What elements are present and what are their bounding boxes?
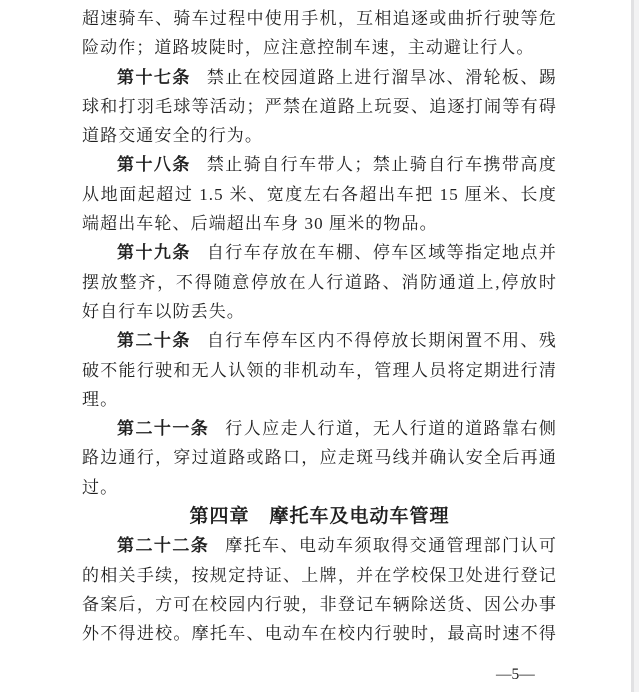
article-number: 第十九条 xyxy=(117,243,191,262)
document-body: 超速骑车、骑车过程中使用手机，互相追逐或曲折行驶等危险动作；道路坡陡时，应注意控… xyxy=(82,4,557,649)
line-text: 险动作；道路坡陡时，应注意控制车速，主动避让行人。 xyxy=(82,38,535,57)
line-text: 超速骑车、骑车过程中使用手机，互相追逐或曲折行驶等危 xyxy=(82,9,557,28)
line-text: 道路交通安全的行为。 xyxy=(82,126,263,145)
text-line: 第十七条禁止在校园道路上进行溜旱冰、滑轮板、踢 xyxy=(82,63,557,92)
text-line: 过。 xyxy=(82,473,557,502)
text-line: 第二十二条摩托车、电动车须取得交通管理部门认可 xyxy=(82,531,557,560)
chapter-heading: 第四章 摩托车及电动车管理 xyxy=(82,502,557,531)
line-text: 路边通行，穿过道路或路口，应走斑马线并确认安全后再通 xyxy=(82,448,557,467)
line-text: 行人应走人行道，无人行道的道路靠右侧 xyxy=(225,419,557,438)
article-number: 第二十条 xyxy=(117,331,191,350)
line-text: 自行车存放在车棚、停车区域等指定地点并 xyxy=(207,243,557,262)
line-text: 理。 xyxy=(82,390,118,409)
text-line: 端超出车轮、后端超出车身 30 厘米的物品。 xyxy=(82,209,557,238)
line-text: 好自行车以防丢失。 xyxy=(82,302,245,321)
line-text: 自行车停车区内不得停放长期闲置不用、残 xyxy=(207,331,557,350)
line-text: 端超出车轮、后端超出车身 30 厘米的物品。 xyxy=(82,214,438,233)
text-line: 路边通行，穿过道路或路口，应走斑马线并确认安全后再通 xyxy=(82,443,557,472)
text-line: 第十九条自行车存放在车棚、停车区域等指定地点并 xyxy=(82,238,557,267)
text-line: 从地面起超过 1.5 米、宽度左右各超出车把 15 厘米、长度前 xyxy=(82,180,557,209)
text-line: 的相关手续，按规定持证、上牌，并在学校保卫处进行登记 xyxy=(82,561,557,590)
text-line: 理。 xyxy=(82,385,557,414)
text-line: 破不能行驶和无人认领的非机动车，管理人员将定期进行清 xyxy=(82,356,557,385)
article-number: 第二十二条 xyxy=(117,536,209,555)
line-text: 的相关手续，按规定持证、上牌，并在学校保卫处进行登记 xyxy=(82,566,557,585)
page-number: —5— xyxy=(496,666,535,684)
page-right-edge xyxy=(631,0,639,692)
text-line: 球和打羽毛球等活动；严禁在道路上玩耍、追逐打闹等有碍 xyxy=(82,92,557,121)
line-text: 禁止骑自行车带人；禁止骑自行车携带高度 xyxy=(207,155,557,174)
text-line: 超速骑车、骑车过程中使用手机，互相追逐或曲折行驶等危 xyxy=(82,4,557,33)
article-number: 第十七条 xyxy=(117,68,191,87)
line-text: 备案后，方可在校园内行驶，非登记车辆除送货、因公办事 xyxy=(82,595,557,614)
document-page: 超速骑车、骑车过程中使用手机，互相追逐或曲折行驶等危险动作；道路坡陡时，应注意控… xyxy=(0,0,639,692)
line-text: 球和打羽毛球等活动；严禁在道路上玩耍、追逐打闹等有碍 xyxy=(82,97,557,116)
text-line: 第二十一条行人应走人行道，无人行道的道路靠右侧 xyxy=(82,414,557,443)
text-line: 摆放整齐，不得随意停放在人行道路、消防通道上,停放时锁 xyxy=(82,268,557,297)
line-text: 破不能行驶和无人认领的非机动车，管理人员将定期进行清 xyxy=(82,361,557,380)
text-line: 险动作；道路坡陡时，应注意控制车速，主动避让行人。 xyxy=(82,33,557,62)
line-text: 禁止在校园道路上进行溜旱冰、滑轮板、踢 xyxy=(207,68,557,87)
line-text: 摆放整齐，不得随意停放在人行道路、消防通道上,停放时锁 xyxy=(82,273,557,297)
text-line: 外不得进校。摩托车、电动车在校内行驶时，最高时速不得 xyxy=(82,619,557,648)
text-line: 备案后，方可在校园内行驶，非登记车辆除送货、因公办事 xyxy=(82,590,557,619)
line-text: 从地面起超过 1.5 米、宽度左右各超出车把 15 厘米、长度前 xyxy=(82,185,557,209)
article-number: 第二十一条 xyxy=(117,419,209,438)
text-line: 好自行车以防丢失。 xyxy=(82,297,557,326)
line-text: 外不得进校。摩托车、电动车在校内行驶时，最高时速不得 xyxy=(82,624,557,643)
line-text: 第四章 摩托车及电动车管理 xyxy=(189,506,449,527)
line-text: 摩托车、电动车须取得交通管理部门认可 xyxy=(225,536,557,555)
article-number: 第十八条 xyxy=(117,155,191,174)
text-line: 道路交通安全的行为。 xyxy=(82,121,557,150)
text-line: 第二十条自行车停车区内不得停放长期闲置不用、残 xyxy=(82,326,557,355)
text-line: 第十八条禁止骑自行车带人；禁止骑自行车携带高度 xyxy=(82,150,557,179)
line-text: 过。 xyxy=(82,478,118,497)
